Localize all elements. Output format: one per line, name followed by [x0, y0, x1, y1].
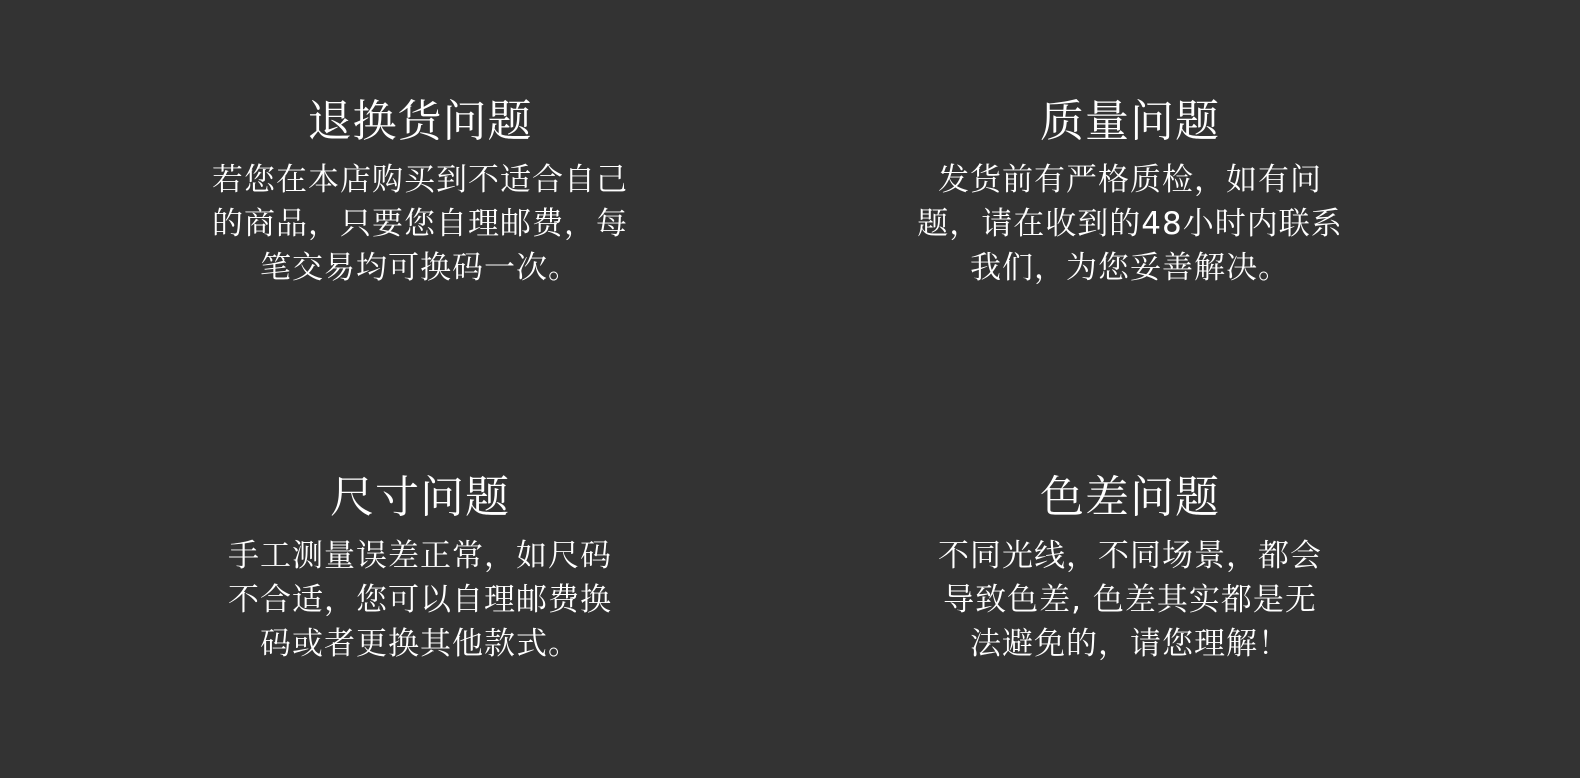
section-title: 质量问题: [880, 94, 1380, 150]
section-return-exchange: 退换货问题 若您在本店购买到不适合自己 的商品，只要您自理邮费，每 笔交易均可换…: [170, 94, 670, 290]
section-size: 尺寸问题 手工测量误差正常，如尺码 不合适，您可以自理邮费换 码或者更换其他款式…: [170, 470, 670, 666]
section-title: 退换货问题: [170, 94, 670, 150]
section-title: 尺寸问题: [170, 470, 670, 526]
section-quality: 质量问题 发货前有严格质检，如有问 题，请在收到的48小时内联系 我们，为您妥善…: [880, 94, 1380, 290]
section-color-difference: 色差问题 不同光线，不同场景，都会 导致色差, 色差其实都是无 法避免的，请您理…: [880, 470, 1380, 666]
section-body: 不同光线，不同场景，都会 导致色差, 色差其实都是无 法避免的，请您理解！: [880, 534, 1380, 666]
section-title: 色差问题: [880, 470, 1380, 526]
section-body: 发货前有严格质检，如有问 题，请在收到的48小时内联系 我们，为您妥善解决。: [880, 158, 1380, 290]
section-body: 手工测量误差正常，如尺码 不合适，您可以自理邮费换 码或者更换其他款式。: [170, 534, 670, 666]
section-body: 若您在本店购买到不适合自己 的商品，只要您自理邮费，每 笔交易均可换码一次。: [170, 158, 670, 290]
